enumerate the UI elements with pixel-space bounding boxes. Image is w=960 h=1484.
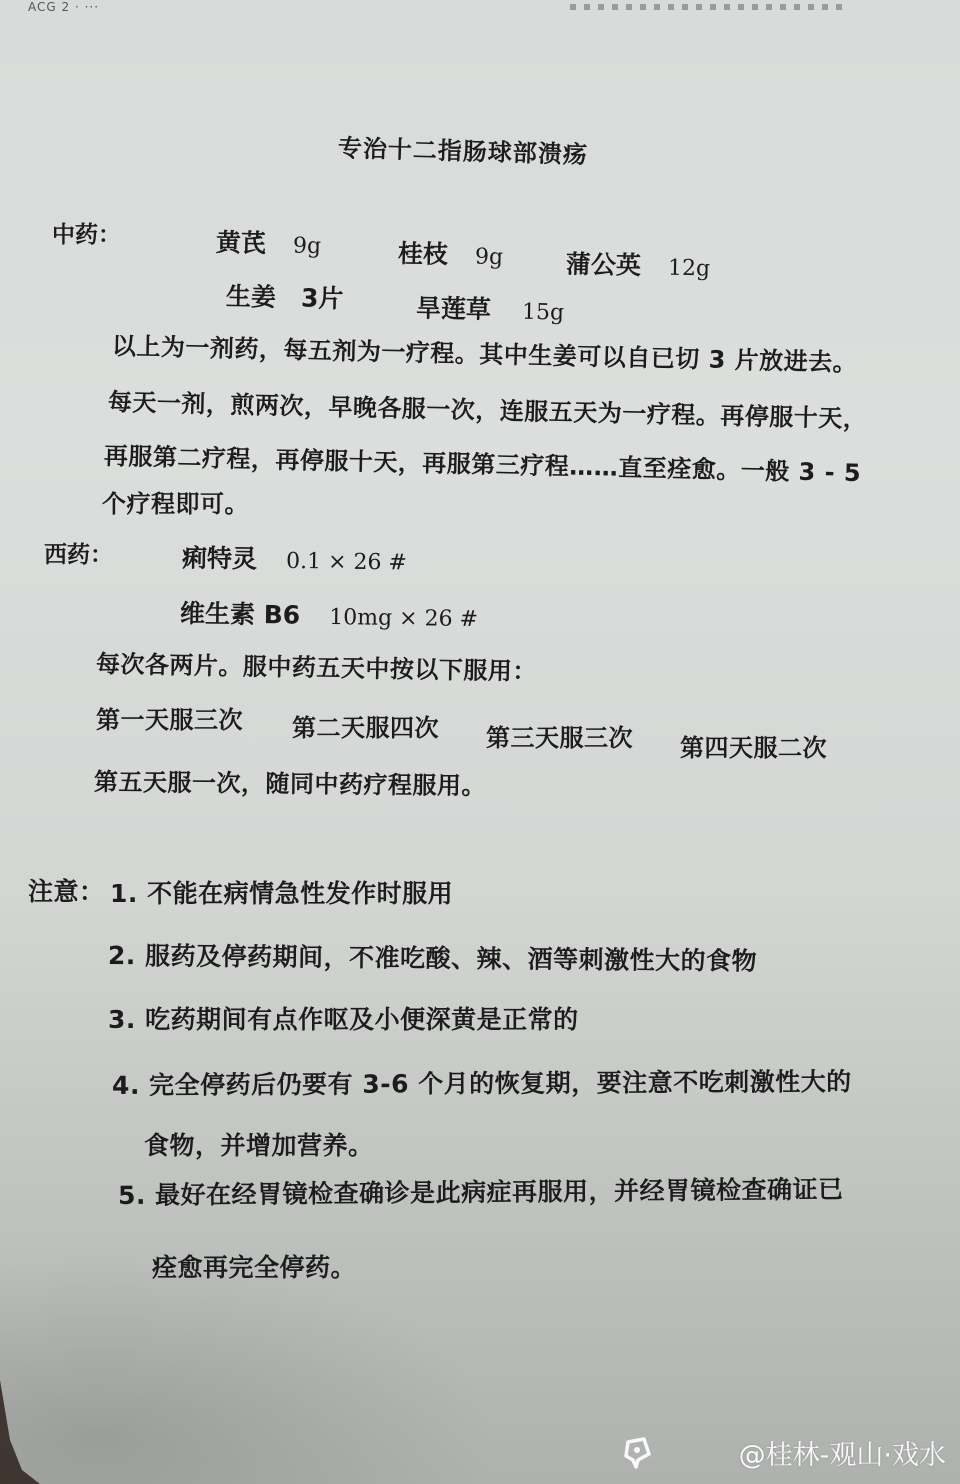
drug-name: 痢特灵: [182, 543, 257, 573]
herb-item: 生姜 3片: [226, 277, 344, 315]
instruction-line: 个疗程即可。: [102, 484, 249, 519]
drug-item: 痢特灵 0.1 × 26 #: [182, 538, 407, 577]
dosage-day: 第三天服三次: [486, 718, 633, 753]
herb-name: 生姜: [226, 282, 277, 312]
document-title: 专治十二指肠球部溃疡: [338, 128, 589, 170]
note-item: 3. 吃药期间有点作呕及小便深黄是正常的: [108, 1000, 579, 1036]
herb-item: 桂枝 9g: [398, 234, 504, 272]
note-item: 1. 不能在病情急性发作时服用: [110, 874, 453, 910]
herb-name: 黄芪: [216, 228, 267, 258]
herb-dose: 15g: [522, 300, 565, 326]
notes-label: 注意：: [28, 872, 105, 908]
drug-item: 维生素 B6 10mg × 26 #: [180, 594, 479, 634]
note-item: 5. 最好在经胃镜检查确诊是此病症再服用，并经胃镜检查确证已: [118, 1170, 844, 1212]
herb-item: 黄芪 9g: [216, 223, 322, 261]
herb-item: 旱莲草 15g: [416, 288, 565, 327]
dosage-day: 第四天服二次: [680, 728, 827, 763]
herb-name: 桂枝: [398, 239, 449, 269]
weibo-logo-icon: [622, 1436, 652, 1470]
dosage-day: 第二天服四次: [292, 708, 439, 743]
header-fragment: ACG 2 · ···: [28, 0, 99, 14]
dosage-day: 第一天服三次: [96, 700, 243, 735]
herb-dose: 3片: [301, 283, 344, 313]
western-medicine-label: 西药：: [44, 536, 113, 569]
drug-dose: 10mg × 26 #: [329, 605, 478, 632]
note-item-continued: 痊愈再完全停药。: [152, 1248, 356, 1284]
drug-dose: 0.1 × 26 #: [286, 549, 407, 576]
herb-name: 蒲公英: [566, 249, 642, 280]
herb-dose: 12g: [668, 256, 711, 282]
note-item: 4. 完全停药后仍要有 3-6 个月的恢复期，要注意不吃刺激性大的: [112, 1062, 852, 1102]
chinese-medicine-label: 中药：: [52, 216, 121, 249]
drug-name: 维生素 B6: [180, 599, 301, 630]
note-item: 2. 服药及停药期间，不准吃酸、辣、酒等刺激性大的食物: [108, 936, 757, 978]
shadow: [0, 1250, 500, 1484]
instruction-line: 第五天服一次，随同中药疗程服用。: [94, 762, 486, 801]
watermark-text: @桂林-观山·戏水: [739, 1433, 946, 1472]
herb-name: 旱莲草: [416, 293, 492, 324]
header-dots: [570, 4, 850, 10]
herb-dose: 9g: [475, 245, 504, 271]
note-item-continued: 食物，并增加营养。: [144, 1126, 374, 1162]
herb-dose: 9g: [293, 234, 322, 260]
herb-item: 蒲公英 12g: [566, 244, 711, 283]
